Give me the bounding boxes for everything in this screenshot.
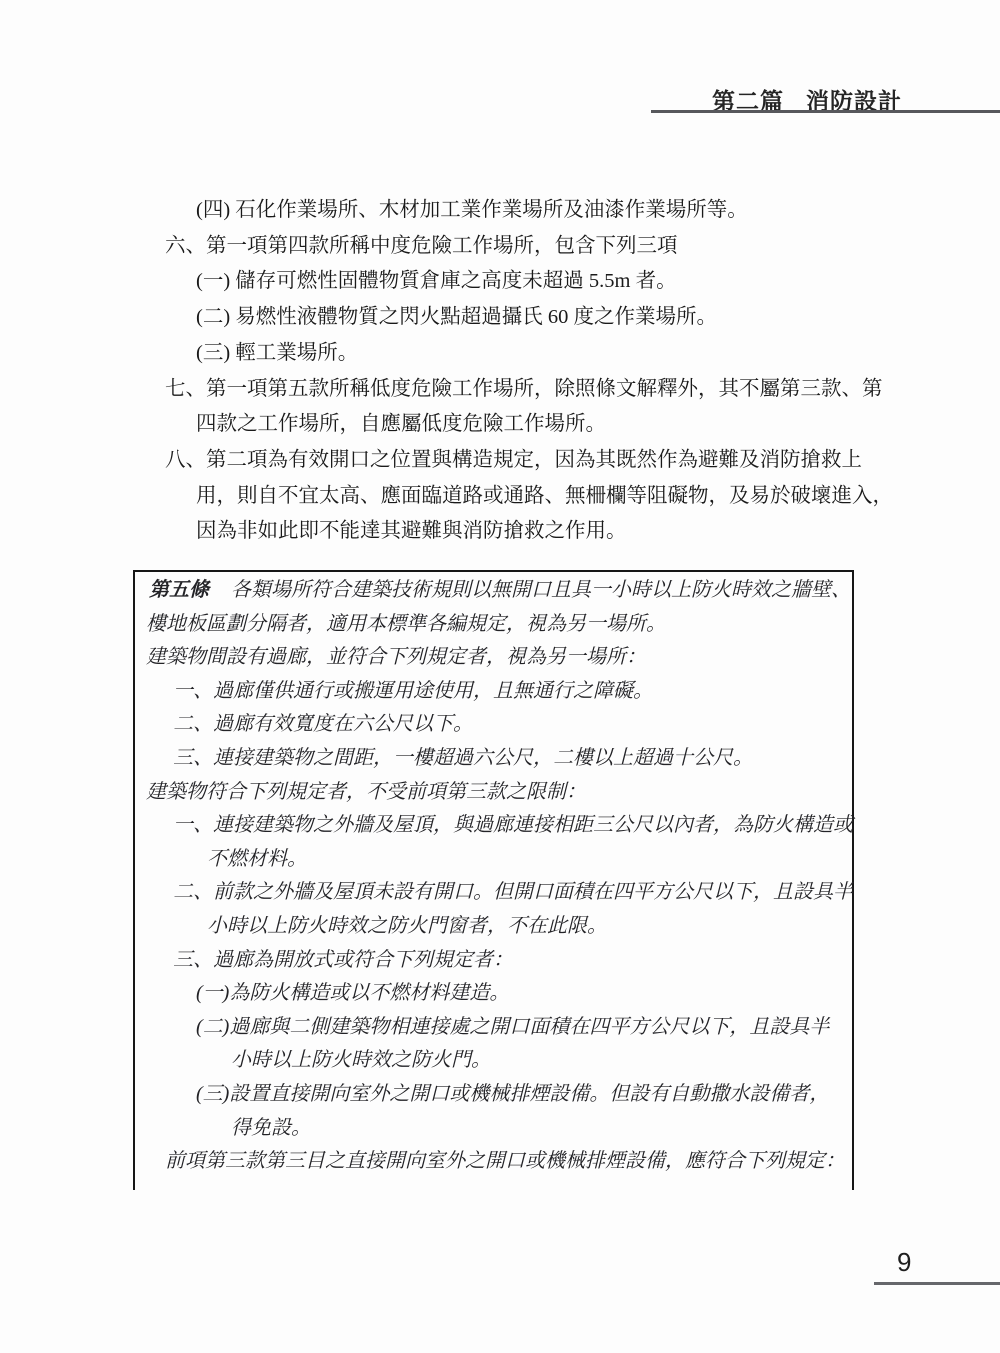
commentary-block: (四) 石化作業場所、木材加工業作業場所及油漆作業場所等。 六、第一項第四款所稱… <box>0 193 1000 550</box>
article-line: 建築物間設有過廊，並符合下列規定者，視為另一場所： <box>135 641 852 675</box>
article-line: (一)為防火構造或以不燃材料建造。 <box>135 977 852 1011</box>
article-box: 第五條各類場所符合建築技術規則以無開口且具一小時以上防火時效之牆壁、 樓地板區劃… <box>133 570 854 1190</box>
commentary-line: 七、第一項第五款所稱低度危險工作場所，除照條文解釋外，其不屬第三款、第 <box>0 372 1000 408</box>
article-line: 小時以上防火時效之防火門窗者，不在此限。 <box>135 910 852 944</box>
header-rule <box>651 110 1000 113</box>
commentary-line: (一) 儲存可燃性固體物質倉庫之高度未超過 5.5m 者。 <box>0 264 1000 300</box>
commentary-line: 六、第一項第四款所稱中度危險工作場所，包含下列三項 <box>0 229 1000 265</box>
commentary-line: (二) 易燃性液體物質之閃火點超過攝氏 60 度之作業場所。 <box>0 300 1000 336</box>
article-line: (三)設置直接開向室外之開口或機械排煙設備。但設有自動撒水設備者， <box>135 1078 852 1112</box>
article-line: 得免設。 <box>135 1112 852 1146</box>
article-line: 樓地板區劃分隔者，適用本標準各編規定，視為另一場所。 <box>135 608 852 642</box>
article-heading-line: 第五條各類場所符合建築技術規則以無開口且具一小時以上防火時效之牆壁、 <box>135 574 852 608</box>
commentary-line: (三) 輕工業場所。 <box>0 336 1000 372</box>
commentary-line: 因為非如此即不能達其避難與消防搶救之作用。 <box>0 514 1000 550</box>
article-line: 不燃材料。 <box>135 843 852 877</box>
article-number: 第五條 <box>149 579 209 601</box>
commentary-line: 用，則自不宜太高、應面臨道路或通路、無柵欄等阻礙物，及易於破壞進入， <box>0 479 1000 515</box>
article-line: 一、連接建築物之外牆及屋頂，與過廊連接相距三公尺以內者，為防火構造或 <box>135 809 852 843</box>
article-line: 小時以上防火時效之防火門。 <box>135 1044 852 1078</box>
article-line: 一、過廊僅供通行或搬運用途使用，且無通行之障礙。 <box>135 675 852 709</box>
article-line: 二、前款之外牆及屋頂未設有開口。但開口面積在四平方公尺以下，且設具半 <box>135 876 852 910</box>
commentary-line: 八、第二項為有效開口之位置與構造規定，因為其既然作為避難及消防搶救上 <box>0 443 1000 479</box>
article-line: 三、過廊為開放式或符合下列規定者： <box>135 944 852 978</box>
commentary-line: (四) 石化作業場所、木材加工業作業場所及油漆作業場所等。 <box>0 193 1000 229</box>
article-line: 二、過廊有效寬度在六公尺以下。 <box>135 708 852 742</box>
article-line: 前項第三款第三目之直接開向室外之開口或機械排煙設備，應符合下列規定： <box>135 1145 852 1179</box>
footer-rule <box>874 1282 1000 1285</box>
article-heading-text: 各類場所符合建築技術規則以無開口且具一小時以上防火時效之牆壁、 <box>231 579 851 601</box>
article-line: 三、連接建築物之間距，一樓超過六公尺，二樓以上超過十公尺。 <box>135 742 852 776</box>
commentary-line: 四款之工作場所，自應屬低度危險工作場所。 <box>0 407 1000 443</box>
article-line: (二)過廊與二側建築物相連接處之開口面積在四平方公尺以下，且設具半 <box>135 1011 852 1045</box>
page-number: 9 <box>897 1247 911 1278</box>
article-line: 建築物符合下列規定者，不受前項第三款之限制： <box>135 776 852 810</box>
